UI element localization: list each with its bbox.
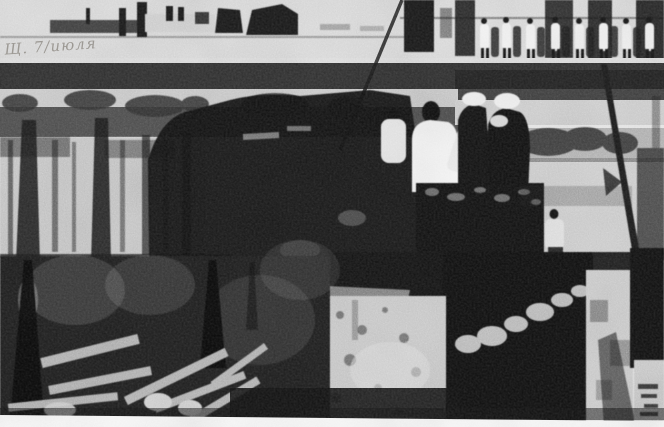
photo-scene [0, 0, 664, 427]
film-grain-highlight-overlay [0, 0, 664, 427]
photograph: Щ. 7/июля [0, 0, 664, 427]
